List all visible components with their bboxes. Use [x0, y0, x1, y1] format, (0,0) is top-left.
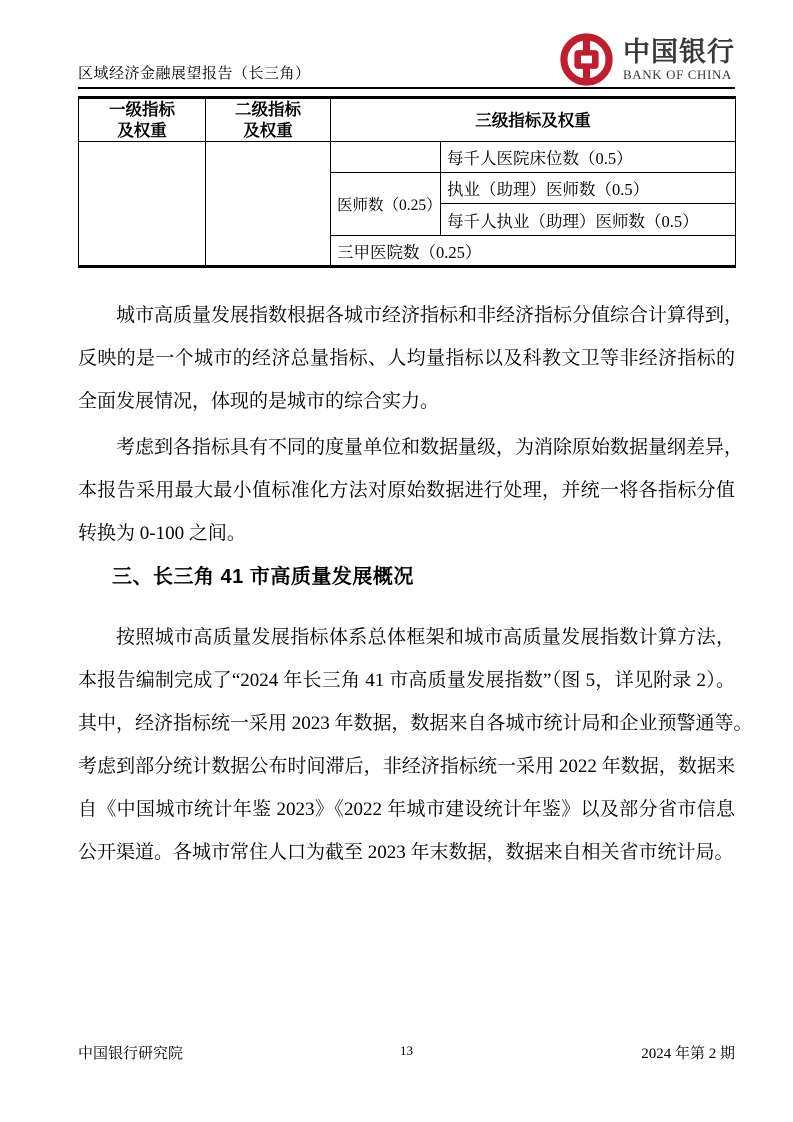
col-header-level3: 三级指标及权重: [331, 98, 736, 142]
text-line: 公开渠道。各城市常住人口为截至 2023 年末数据，数据来自相关省市统计局。: [78, 831, 735, 874]
table-row: 每千人医院床位数（0.5）: [79, 142, 736, 173]
text-line: 反映的是一个城市的经济总量指标、人均量指标以及科教文卫等非经济指标的: [78, 337, 735, 380]
cell-doctor-count: 医师数（0.25）: [331, 173, 441, 236]
text-line: 按照城市高质量发展指标体系总体框架和城市高质量发展指数计算方法，: [78, 616, 735, 659]
text-line: 考虑到各指标具有不同的度量单位和数据量级，为消除原始数据量纲差异，: [78, 426, 735, 469]
cell-practicing-doctors: 执业（助理）医师数（0.5）: [441, 173, 736, 204]
cell-beds-per-thousand: 每千人医院床位数（0.5）: [441, 142, 736, 173]
page-number: 13: [78, 1043, 735, 1059]
text-line: 其中，经济指标统一采用 2023 年数据，数据来自各城市统计局和企业预警通等。: [78, 702, 735, 745]
col-header-level1: 一级指标 及权重: [79, 98, 206, 142]
paragraph-standardization: 考虑到各指标具有不同的度量单位和数据量级，为消除原始数据量纲差异， 本报告采用最…: [78, 426, 735, 555]
indicator-table: 一级指标 及权重 二级指标 及权重 三级指标及权重 每千人医院床位数（0.5） …: [78, 96, 736, 268]
footer-issue: 2024 年第 2 期: [641, 1042, 735, 1063]
col-header-level1-line2: 及权重: [85, 120, 199, 141]
report-title: 区域经济金融展望报告（长三角）: [78, 62, 311, 83]
col-header-level1-line1: 一级指标: [85, 99, 199, 120]
boc-emblem-icon: [559, 32, 614, 87]
col-header-level2-line1: 二级指标: [212, 99, 324, 120]
document-page: { "header": { "title": "区域经济金融展望报告（长三角）"…: [0, 0, 793, 1122]
text-line: 考虑到部分统计数据公布时间滞后，非经济指标统一采用 2022 年数据，数据来: [78, 745, 735, 788]
text-line: 全面发展情况，体现的是城市的综合实力。: [78, 380, 735, 423]
paragraph-index-description: 城市高质量发展指数根据各城市经济指标和非经济指标分值综合计算得到， 反映的是一个…: [78, 294, 735, 423]
text-line: 本报告采用最大最小值标准化方法对原始数据进行处理，并统一将各指标分值: [78, 469, 735, 512]
text-line: 城市高质量发展指数根据各城市经济指标和非经济指标分值综合计算得到，: [78, 294, 735, 337]
cell-practicing-doctors-per-thousand: 每千人执业（助理）医师数（0.5）: [441, 204, 736, 236]
cell-tertiary-hospitals: 三甲医院数（0.25）: [331, 236, 736, 267]
paragraph-overview: 按照城市高质量发展指标体系总体框架和城市高质量发展指数计算方法， 本报告编制完成…: [78, 616, 735, 874]
cell-level2-empty: [206, 142, 331, 267]
page-footer: 中国银行研究院 13 2024 年第 2 期: [78, 1042, 735, 1064]
col-header-level2: 二级指标 及权重: [206, 98, 331, 142]
boc-logo-cn: 中国银行: [623, 37, 735, 67]
col-header-level2-line2: 及权重: [212, 120, 324, 141]
text-line: 本报告编制完成了“2024 年长三角 41 市高质量发展指数”（图 5，详见附录…: [78, 659, 735, 702]
section-heading: 三、长三角 41 市高质量发展概况: [78, 562, 735, 592]
boc-logo: 中国银行 BANK OF CHINA: [559, 32, 735, 87]
text-line: 自《中国城市统计年鉴 2023》《2022 年城市建设统计年鉴》以及部分省市信息: [78, 788, 735, 831]
cell-sub-empty: [331, 142, 441, 173]
page-header: 区域经济金融展望报告（长三角） 中国银行 BANK OF CHINA: [78, 0, 735, 89]
boc-logo-en: BANK OF CHINA: [623, 67, 735, 82]
page-content: 区域经济金融展望报告（长三角） 中国银行 BANK OF CHINA 一级指标 …: [78, 0, 735, 874]
table-header-row: 一级指标 及权重 二级指标 及权重 三级指标及权重: [79, 98, 736, 142]
text-line: 转换为 0-100 之间。: [78, 512, 735, 555]
boc-logo-text: 中国银行 BANK OF CHINA: [623, 37, 735, 82]
cell-level1-empty: [79, 142, 206, 267]
